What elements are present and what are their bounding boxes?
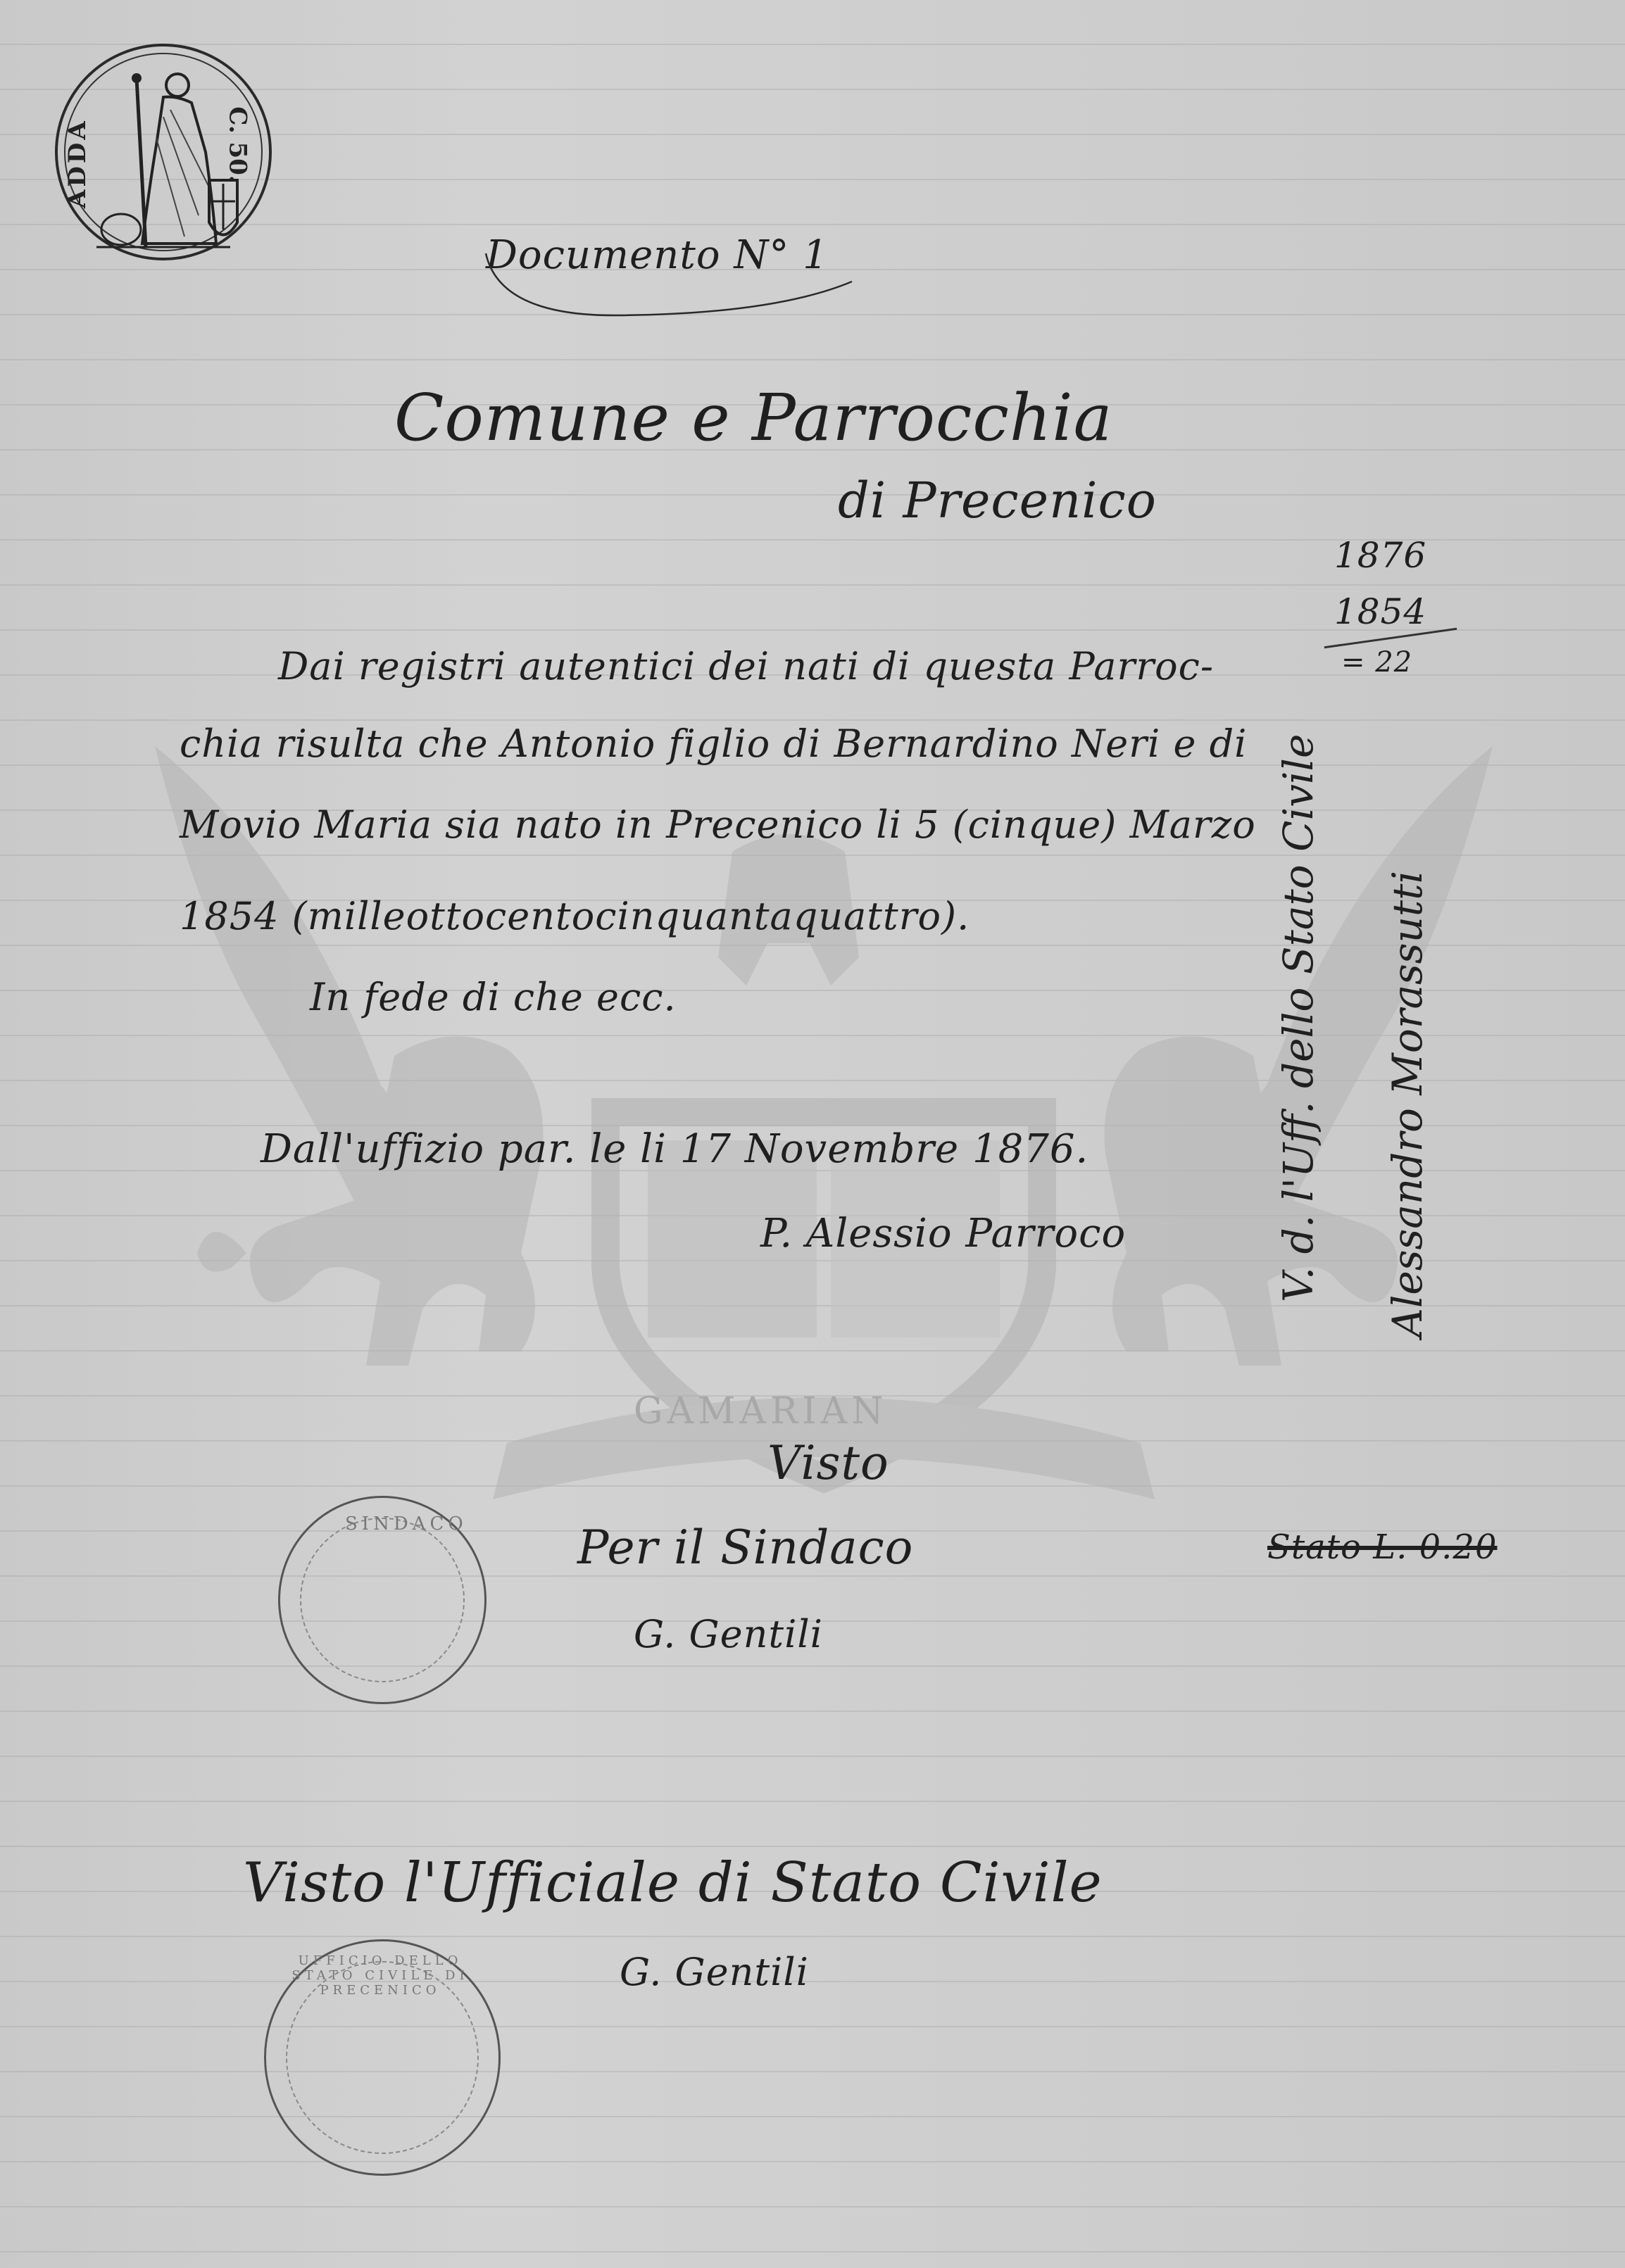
calc-year-1854: 1854 (1334, 591, 1426, 632)
parish-priest-signature: P. Alessio Parroco (760, 1211, 1126, 1256)
struck-fee-note: Stato L. 0.20 (1267, 1527, 1498, 1567)
mayor-signature: G. Gentili (634, 1612, 823, 1656)
calc-year-1876: 1876 (1334, 535, 1426, 576)
civil-office-seal-text: UFFICIO DELLO STATO CIVILE DI PRECENICO (275, 1953, 486, 1998)
visto-civil-officer: Visto l'Ufficiale di Stato Civile (243, 1851, 1103, 1915)
civil-officer-signature: G. Gentili (620, 1950, 809, 1994)
title-precenico: di Precenico (838, 472, 1157, 529)
per-il-sindaco: Per il Sindaco (577, 1520, 913, 1575)
date-line: Dall'uffizio par. le li 17 Novembre 1876… (261, 1126, 1088, 1172)
margin-note-civil-office: V. d. l'Uff. dello Stato Civile (1274, 734, 1322, 1302)
mayor-seal-text: SINDACO (345, 1513, 468, 1535)
body-line-1: Dai registri autentici dei nati di quest… (278, 644, 1214, 688)
body-line-4: 1854 (milleottocentocinquantaquattro). (180, 894, 970, 938)
body-line-3: Movio Maria sia nato in Precenico li 5 (… (180, 802, 1256, 847)
body-line-2: chia risulta che Antonio figlio di Berna… (180, 722, 1247, 766)
stamp-left-text: ADDA (63, 118, 92, 208)
visto-label: Visto (767, 1436, 889, 1490)
calc-result: = 22 (1341, 646, 1412, 679)
flourish-icon (479, 225, 859, 324)
stamp-value-text: C. 50. (223, 106, 251, 183)
body-line-5: In fede di che ecc. (310, 975, 677, 1019)
watermark-text: GAMARIAN (634, 1390, 888, 1432)
revenue-stamp: ADDA C. 50. (55, 44, 272, 260)
title-comune-parrocchia: Comune e Parrocchia (394, 380, 1112, 455)
margin-note-signature: Alessandro Morassutti (1384, 871, 1431, 1337)
